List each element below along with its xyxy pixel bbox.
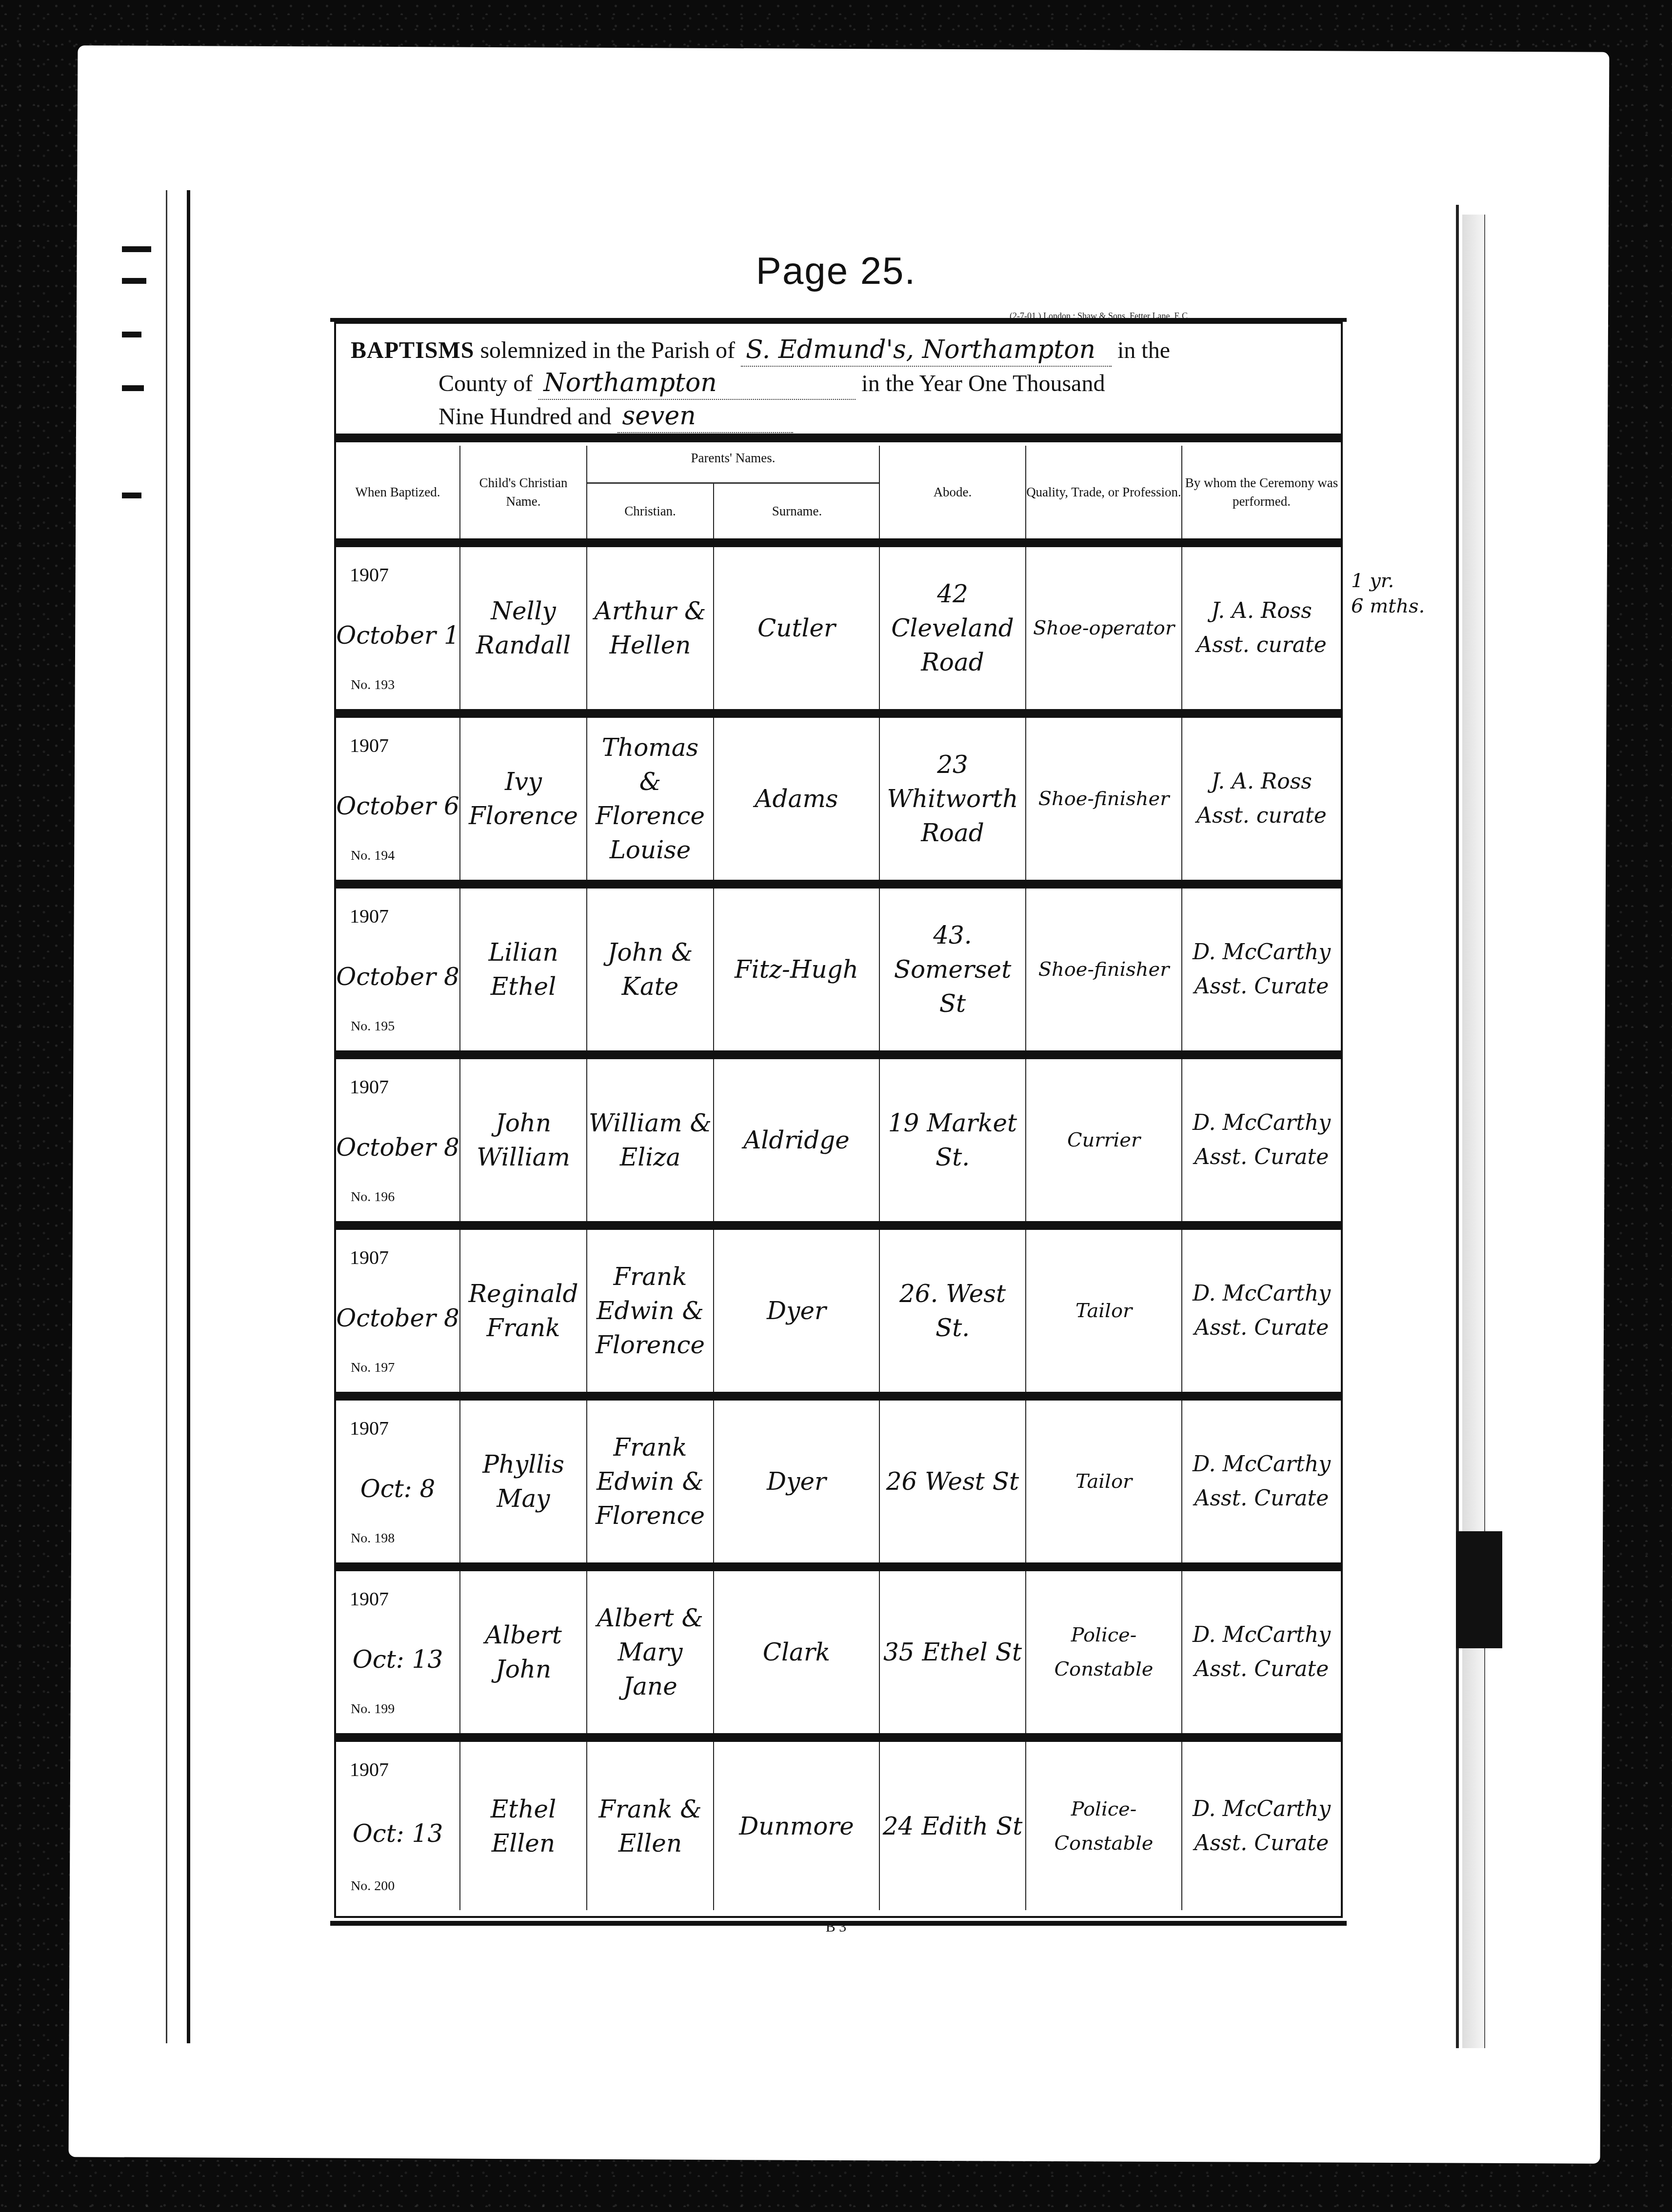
cell-officiant: D. McCarthy Asst. Curate (1182, 1059, 1341, 1221)
cell-date: 1907Oct: 13No. 199 (336, 1571, 460, 1733)
table-row: 1907October 1No. 193 Nelly Randall Arthu… (336, 547, 1341, 709)
entry-number: No. 196 (351, 1180, 395, 1214)
year-field: seven (617, 400, 793, 433)
cell-surname: Dyer (714, 1230, 880, 1392)
stacked-page-edges (1462, 215, 1485, 2048)
row-rule (336, 880, 1341, 889)
page-number: Page 25. (0, 249, 1672, 293)
baptism-register-form: BAPTISMS solemnized in the Parish of S. … (334, 322, 1343, 1918)
cell-child-name: Ethel Ellen (460, 1742, 587, 1910)
cell-parents-christian: Albert & Mary Jane (587, 1571, 714, 1733)
cell-date: 1907October 8No. 195 (336, 889, 460, 1050)
cell-date: 1907October 1No. 193 (336, 547, 460, 709)
cell-parents-christian: William & Eliza (587, 1059, 714, 1221)
cell-child-name: Ivy Florence (460, 718, 587, 880)
cell-surname: Dyer (714, 1401, 880, 1562)
cell-child-name: Nelly Randall (460, 547, 587, 709)
cell-profession: Shoe-finisher (1026, 889, 1182, 1050)
page-tab-marker (1456, 1531, 1502, 1648)
cell-date: 1907October 6No. 194 (336, 718, 460, 880)
cell-abode: 24 Edith St (880, 1742, 1026, 1910)
table-row: 1907Oct: 13No. 200 Ethel Ellen Frank & E… (336, 1742, 1341, 1910)
cell-parents-christian: Arthur & Hellen (587, 547, 714, 709)
heading-baptisms: BAPTISMS (351, 337, 474, 363)
cell-surname: Aldridge (714, 1059, 880, 1221)
table-row: 1907October 8No. 197 Reginald Frank Fran… (336, 1230, 1341, 1392)
cell-surname: Dunmore (714, 1742, 880, 1910)
cell-surname: Cutler (714, 547, 880, 709)
cell-parents-christian: Thomas & Florence Louise (587, 718, 714, 880)
cell-abode: 43. Somerset St (880, 889, 1026, 1050)
cell-profession: Tailor (1026, 1401, 1182, 1562)
cell-date: 1907Oct: 8No. 198 (336, 1401, 460, 1562)
cell-parents-christian: Frank Edwin & Florence (587, 1230, 714, 1392)
cell-child-name: John William (460, 1059, 587, 1221)
entry-number: No. 200 (351, 1869, 395, 1903)
cell-surname: Fitz-Hugh (714, 889, 880, 1050)
entry-number: No. 194 (351, 839, 395, 873)
cell-abode: 19 Market St. (880, 1059, 1026, 1221)
sheet-signature: B 3 (0, 1919, 1672, 1935)
cell-profession: Police-Constable (1026, 1742, 1182, 1910)
cell-profession: Police-Constable (1026, 1571, 1182, 1733)
cell-abode: 26 West St (880, 1401, 1026, 1562)
cell-abode: 42 Cleveland Road (880, 547, 1026, 709)
margin-annotation: 1 yr. 6 mths. (1351, 568, 1425, 619)
table-row: 1907October 8No. 195 Lilian Ethel John &… (336, 889, 1341, 1050)
cell-child-name: Reginald Frank (460, 1230, 587, 1392)
entry-number: No. 199 (351, 1692, 395, 1726)
heading-rule (336, 434, 1341, 442)
cell-abode: 35 Ethel St (880, 1571, 1026, 1733)
row-rule (336, 1733, 1341, 1742)
cell-profession: Tailor (1026, 1230, 1182, 1392)
entry-number: No. 193 (351, 668, 395, 702)
county-field: Northampton (538, 367, 856, 400)
cell-parents-christian: Frank & Ellen (587, 1742, 714, 1910)
row-rule (336, 709, 1341, 718)
left-page-edge (166, 190, 190, 2043)
cell-officiant: D. McCarthy Asst. Curate (1182, 889, 1341, 1050)
cell-officiant: J. A. Ross Asst. curate (1182, 718, 1341, 880)
col-profession: Quality, Trade, or Profession. (1026, 446, 1182, 538)
cell-profession: Shoe-finisher (1026, 718, 1182, 880)
cell-abode: 23 Whitworth Road (880, 718, 1026, 880)
row-rule (336, 1050, 1341, 1059)
row-rule (336, 1392, 1341, 1401)
col-parents-christian: Christian. (587, 484, 714, 538)
table-row: 1907October 6No. 194 Ivy Florence Thomas… (336, 718, 1341, 880)
cell-child-name: Lilian Ethel (460, 889, 587, 1050)
top-rule (330, 318, 1347, 322)
table-row: 1907Oct: 13No. 199 Albert John Albert & … (336, 1571, 1341, 1733)
cell-date: 1907October 8No. 197 (336, 1230, 460, 1392)
row-rule (336, 1562, 1341, 1571)
cell-parents-christian: John & Kate (587, 889, 714, 1050)
col-when-baptized: When Baptized. (336, 446, 460, 538)
row-rule (336, 1221, 1341, 1230)
cell-date: 1907Oct: 13No. 200 (336, 1742, 460, 1910)
cell-child-name: Phyllis May (460, 1401, 587, 1562)
col-abode: Abode. (880, 446, 1026, 538)
table-row: 1907October 8No. 196 John William Willia… (336, 1059, 1341, 1221)
cell-officiant: D. McCarthy Asst. Curate (1182, 1571, 1341, 1733)
cell-profession: Shoe-operator (1026, 547, 1182, 709)
cell-officiant: J. A. Ross Asst. curate (1182, 547, 1341, 709)
parish-field: S. Edmund's, Northampton (741, 334, 1112, 367)
cell-abode: 26. West St. (880, 1230, 1026, 1392)
cell-surname: Adams (714, 718, 880, 880)
cell-surname: Clark (714, 1571, 880, 1733)
cell-parents-christian: Frank Edwin & Florence (587, 1401, 714, 1562)
cell-officiant: D. McCarthy Asst. Curate (1182, 1742, 1341, 1910)
entry-number: No. 197 (351, 1351, 395, 1385)
cell-date: 1907October 8No. 196 (336, 1059, 460, 1221)
cell-profession: Currier (1026, 1059, 1182, 1221)
entry-number: No. 198 (351, 1521, 395, 1556)
cell-child-name: Albert John (460, 1571, 587, 1733)
col-group-parents: Parents' Names. Christian. Surname. (587, 446, 880, 538)
col-child-name: Child's Christian Name. (460, 446, 587, 538)
cell-officiant: D. McCarthy Asst. Curate (1182, 1230, 1341, 1392)
header-rule (336, 538, 1341, 547)
col-parents-surname: Surname. (714, 484, 880, 538)
entry-number: No. 195 (351, 1009, 395, 1044)
register-heading: BAPTISMS solemnized in the Parish of S. … (351, 334, 1326, 433)
table-row: 1907Oct: 8No. 198 Phyllis May Frank Edwi… (336, 1401, 1341, 1562)
cell-officiant: D. McCarthy Asst. Curate (1182, 1401, 1341, 1562)
col-officiant: By whom the Ceremony was performed. (1182, 446, 1341, 538)
